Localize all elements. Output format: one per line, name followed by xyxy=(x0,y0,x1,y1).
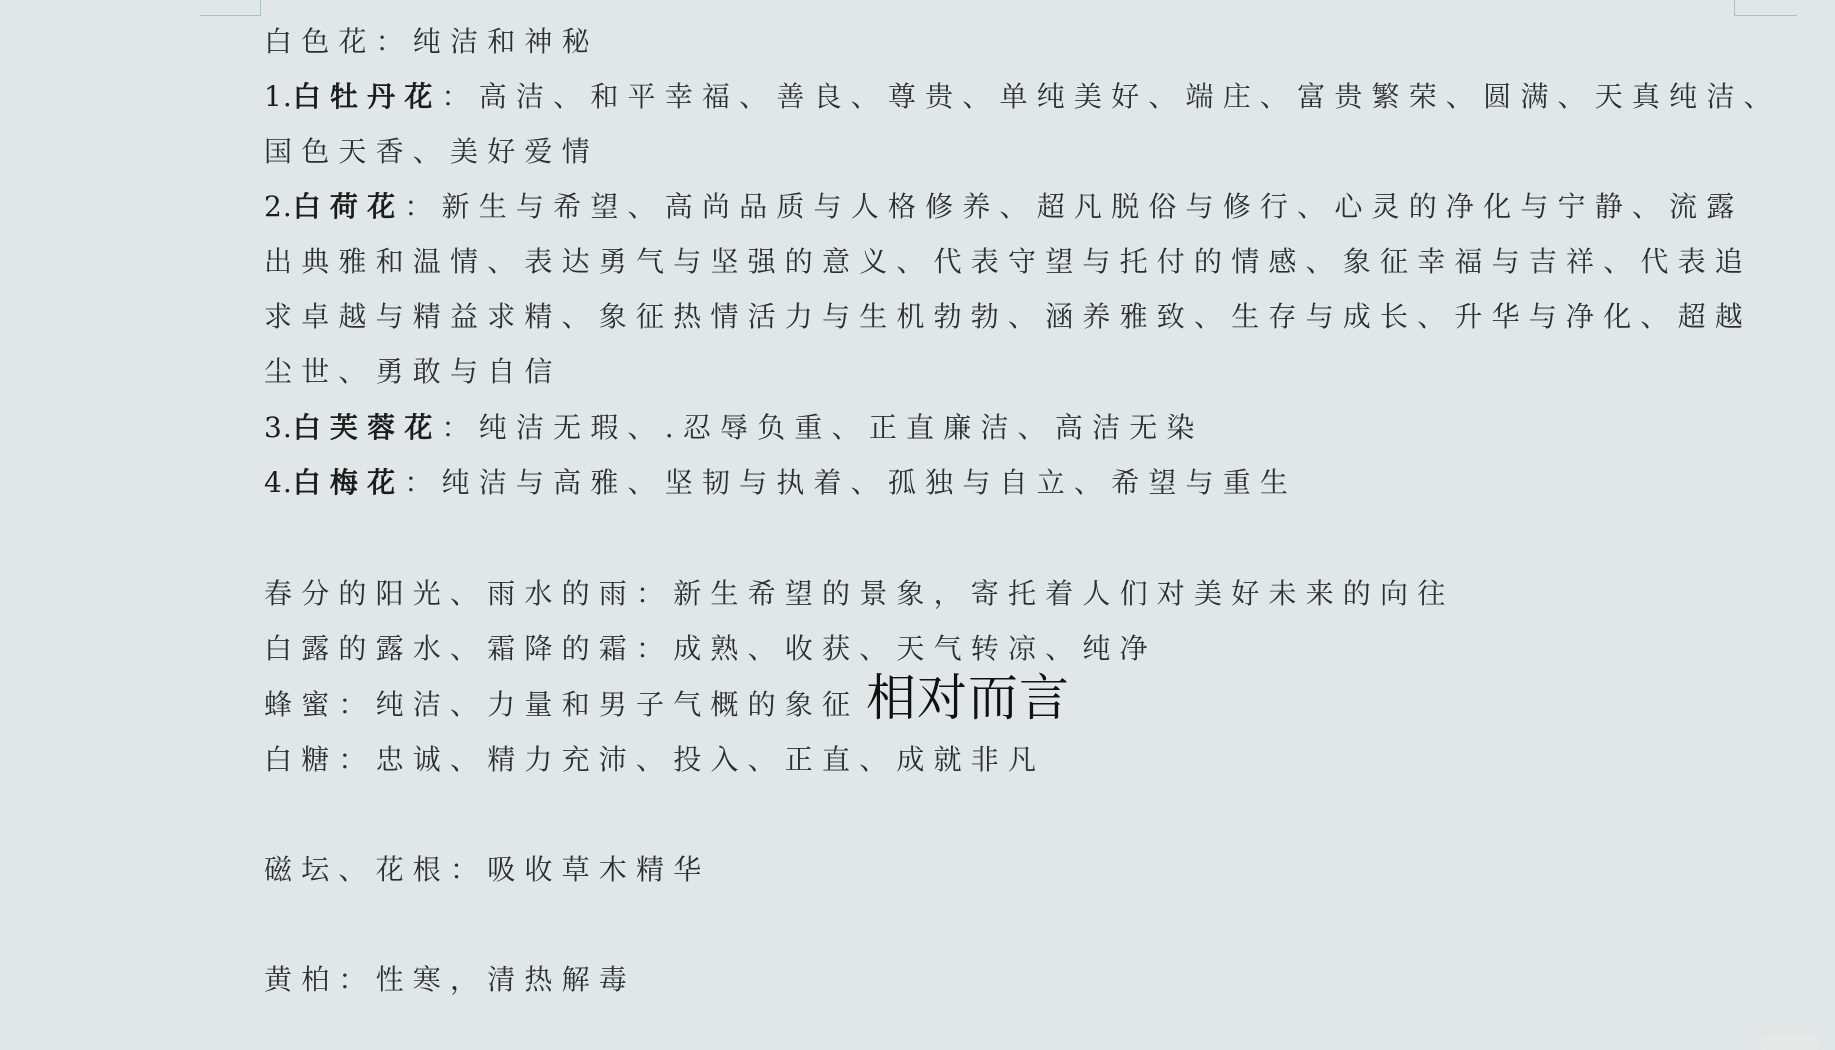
list-item-2: 2.白荷花：新生与希望、高尚品质与人格修养、超凡脱俗与修行、心灵的净化与宁静、流… xyxy=(264,187,1744,227)
item-text: ：新生与希望、高尚品质与人格修养、超凡脱俗与修行、心灵的净化与宁静、流露 xyxy=(404,190,1743,223)
note-line: 白糖：忠诚、精力充沛、投入、正直、成就非凡 xyxy=(264,740,1045,780)
note-line: 磁坛、花根：吸收草木精华 xyxy=(264,850,710,890)
item-number: 3. xyxy=(264,411,293,444)
item-number: 2. xyxy=(264,190,293,223)
section-title: 白色花：纯洁和神秘 xyxy=(264,22,599,62)
item-name: 白牡丹花 xyxy=(293,80,442,113)
item-text: ：纯洁无瑕、.忍辱负重、正直廉洁、高洁无染 xyxy=(442,411,1204,444)
list-item-2-continuation: 尘世、勇敢与自信 xyxy=(264,352,562,392)
item-name: 白梅花 xyxy=(293,466,405,499)
page-corner-mark-top-right xyxy=(1734,0,1797,16)
video-subtitle: 相对而言 xyxy=(866,668,1070,728)
document-page: 白色花：纯洁和神秘 1.白牡丹花：高洁、和平幸福、善良、尊贵、单纯美好、端庄、富… xyxy=(0,0,1835,1050)
list-item-1: 1.白牡丹花：高洁、和平幸福、善良、尊贵、单纯美好、端庄、富贵繁荣、圆满、天真纯… xyxy=(264,77,1781,117)
note-line: 春分的阳光、雨水的雨：新生希望的景象，寄托着人们对美好未来的向往 xyxy=(264,574,1454,614)
list-item-4: 4.白梅花：纯洁与高雅、坚韧与执着、孤独与自立、希望与重生 xyxy=(264,463,1297,503)
item-name: 白荷花 xyxy=(293,190,405,223)
corner-highlight xyxy=(1760,1035,1820,1050)
list-item-2-continuation: 求卓越与精益求精、象征热情活力与生机勃勃、涵养雅致、生存与成长、升华与净化、超越 xyxy=(264,297,1752,337)
item-text: ：纯洁与高雅、坚韧与执着、孤独与自立、希望与重生 xyxy=(404,466,1297,499)
page-corner-mark-top-left xyxy=(200,0,261,16)
item-name: 白芙蓉花 xyxy=(293,411,442,444)
note-line: 蜂蜜：纯洁、力量和男子气概的象征 xyxy=(264,685,859,725)
list-item-3: 3.白芙蓉花：纯洁无瑕、.忍辱负重、正直廉洁、高洁无染 xyxy=(264,408,1204,448)
item-text: ：高洁、和平幸福、善良、尊贵、单纯美好、端庄、富贵繁荣、圆满、天真纯洁、 xyxy=(442,80,1781,113)
note-line: 白露的露水、霜降的霜：成熟、收获、天气转凉、纯净 xyxy=(264,629,1157,669)
note-line: 黄柏：性寒，清热解毒 xyxy=(264,960,636,1000)
list-item-2-continuation: 出典雅和温情、表达勇气与坚强的意义、代表守望与托付的情感、象征幸福与吉祥、代表追 xyxy=(264,242,1752,282)
item-number: 4. xyxy=(264,466,293,499)
item-number: 1. xyxy=(264,80,293,113)
list-item-1-continuation: 国色天香、美好爱情 xyxy=(264,132,599,172)
